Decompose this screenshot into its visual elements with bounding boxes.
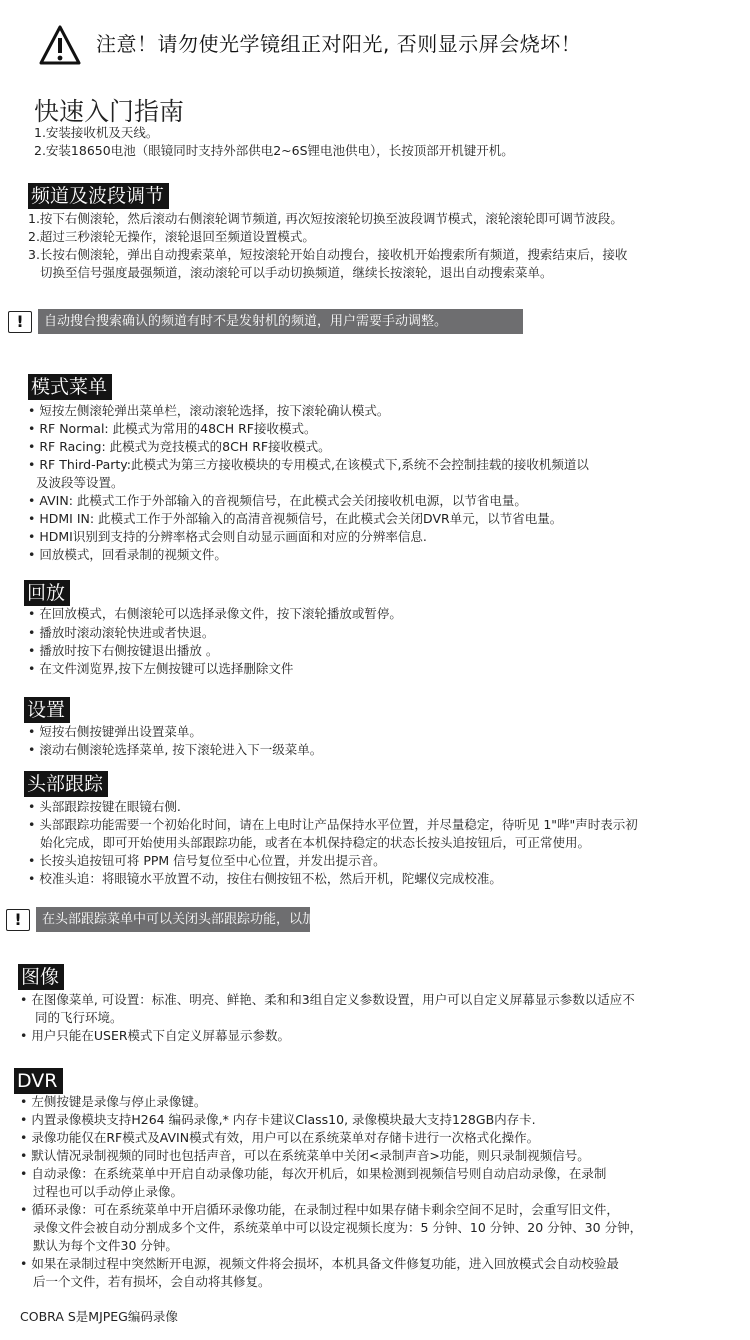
dvr-line: 录像功能仅在RF模式及AVIN模式有效，用户可以在系统菜单对存储卡进行一次格式化… [20,1129,539,1147]
exclamation-icon: ! [6,909,30,931]
section-header-image: 图像 [18,964,64,990]
section-header-head-tracking: 头部跟踪 [24,771,108,797]
quick-start-title: 快速入门指南 [34,92,184,128]
head-tracking-line: 始化完成，即可开始使用头部跟踪功能，或者在本机保持稳定的状态长按头追按钮后，可正… [40,834,590,852]
channel-note: ! 自动搜台搜索确认的频道有时不是发射机的频道，用户需要手动调整。 [8,309,523,334]
playback-line: 播放时按下右侧按键退出播放 。 [28,642,218,660]
mode-menu-line: RF Racing: 此模式为竞技模式的8CH RF接收模式。 [28,438,331,456]
section-header-channel: 频道及波段调节 [28,183,169,209]
image-line: 用户只能在USER模式下自定义屏幕显示参数。 [20,1027,290,1045]
mode-menu-line: AVIN: 此模式工作于外部输入的音视频信号，在此模式会关闭接收机电源，以节省电… [28,492,527,510]
channel-line: 1.按下右侧滚轮，然后滚动右侧滚轮调节频道, 再次短按滚轮切换至波段调节模式，滚… [28,210,623,228]
image-line: 同的飞行环境。 [35,1009,123,1027]
head-tracking-line: 校准头追：将眼镜水平放置不动，按住右侧按钮不松，然后开机，陀螺仪完成校准。 [28,870,502,888]
warning-text: 注意！请勿使光学镜组正对阳光, 否则显示屏会烧坏！ [96,28,581,57]
channel-line: 2.超过三秒滚轮无操作，滚轮退回至频道设置模式。 [28,228,315,246]
section-header-playback: 回放 [24,580,70,606]
channel-line: 切换至信号强度最强频道，滚动滚轮可以手动切换频道，继续长按滚轮，退出自动搜索菜单… [40,264,553,282]
dvr-line: 左侧按键是录像与停止录像键。 [20,1093,206,1111]
mode-menu-line: HDMI IN: 此模式工作于外部输入的高清音视频信号，在此模式会关闭DVR单元… [28,510,562,528]
dvr-line: 内置录像模块支持H264 编码录像,* 内存卡建议Class10, 录像模块最大… [20,1111,536,1129]
image-line: 在图像菜单, 可设置：标准、明亮、鲜艳、柔和和3组自定义参数设置，用户可以自定义… [20,991,635,1009]
dvr-line: 录像文件会被自动分割成多个文件，系统菜单中可以设定视频长度为：5 分钟、10 分… [33,1219,642,1237]
section-header-mode-menu: 模式菜单 [28,374,112,400]
dvr-line: 默认为每个文件30 分钟。 [33,1237,178,1255]
warning-triangle-icon [38,24,82,66]
channel-note-text: 自动搜台搜索确认的频道有时不是发射机的频道，用户需要手动调整。 [38,309,523,334]
dvr-line: 自动录像：在系统菜单中开启自动录像功能，每次开机后，如果检测到视频信号则自动启动… [20,1165,606,1183]
exclamation-icon: ! [8,311,32,333]
head-tracking-line: 长按头追按钮可将 PPM 信号复位至中心位置，并发出提示音。 [28,852,386,870]
head-tracking-line: 头部跟踪按键在眼镜右侧. [28,798,181,816]
dvr-footer: COBRA S是MJPEG编码录像 [20,1308,178,1326]
playback-line: 播放时滚动滚轮快进或者快退。 [28,624,214,642]
mode-menu-line: 短按左侧滚轮弹出菜单栏，滚动滚轮选择，按下滚轮确认模式。 [28,402,389,420]
settings-line: 滚动右侧滚轮选择菜单, 按下滚轮进入下一级菜单。 [28,741,322,759]
dvr-line: 默认情况录制视频的同时也包括声音，可以在系统菜单中关闭<录制声音>功能，则只录制… [20,1147,590,1165]
dvr-line: 过程也可以手动停止录像。 [33,1183,183,1201]
head-tracking-line: 头部跟踪功能需要一个初始化时间，请在上电时让产品保持水平位置，并尽量稳定，待听见… [28,816,638,834]
mode-menu-line: RF Third-Party:此模式为第三方接收模块的专用模式,在该模式下,系统… [28,456,589,474]
playback-line: 在回放模式，右侧滚轮可以选择录像文件，按下滚轮播放或暂停。 [28,605,402,623]
section-header-dvr: DVR [14,1068,63,1094]
channel-line: 3.长按右侧滚轮，弹出自动搜索菜单，短按滚轮开始自动搜台，接收机开始搜索所有频道… [28,246,627,264]
mode-menu-line: 回放模式，回看录制的视频文件。 [28,546,227,564]
dvr-line: 循环录像：可在系统菜单中开启循环录像功能，在录制过程中如果存储卡剩余空间不足时，… [20,1201,619,1219]
dvr-line: 后一个文件，若有损坏，会自动将其修复。 [33,1273,271,1291]
quick-start-line: 2.安装18650电池（眼镜同时支持外部供电2~6S锂电池供电），长按顶部开机键… [34,142,514,160]
mode-menu-line: 及波段等设置。 [36,474,124,492]
mode-menu-line: RF Normal: 此模式为常用的48CH RF接收模式。 [28,420,317,438]
settings-line: 短按右侧按键弹出设置菜单。 [28,723,202,741]
mode-menu-line: HDMI识别到支持的分辨率格式会则自动显示画面和对应的分辨率信息. [28,528,427,546]
head-tracking-note-text: 在头部跟踪菜单中可以关闭头部跟踪功能，以加快开机速度 [36,907,310,932]
quick-start-line: 1.安装接收机及天线。 [34,124,158,142]
head-tracking-note: ! 在头部跟踪菜单中可以关闭头部跟踪功能，以加快开机速度 [6,907,310,932]
section-header-settings: 设置 [24,697,70,723]
playback-line: 在文件浏览界,按下左侧按键可以选择删除文件 [28,660,293,678]
dvr-line: 如果在录制过程中突然断开电源，视频文件将会损坏，本机具备文件修复功能，进入回放模… [20,1255,619,1273]
